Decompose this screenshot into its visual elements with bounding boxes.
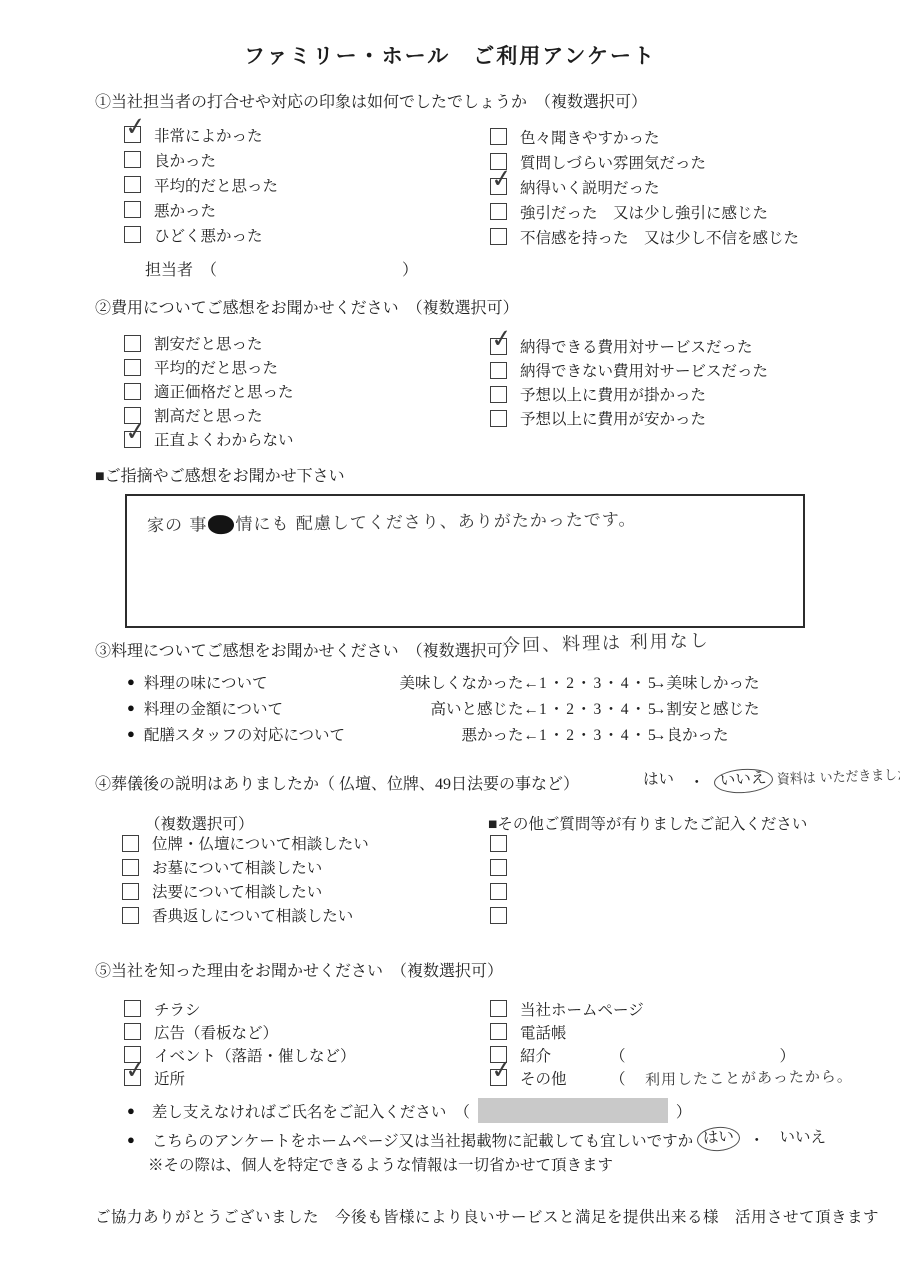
checkbox-label: 紹介: [520, 1044, 597, 1066]
option-row[interactable]: 不信感を持った 又は少し不信を感じた: [490, 224, 799, 249]
question-3-heading: ③料理についてご感想をお聞かせください （複数選択可）: [95, 638, 519, 661]
option-row[interactable]: 質問しづらい雰囲気だった: [490, 149, 799, 174]
bullet-icon: [127, 726, 135, 742]
bullet-icon: [127, 674, 135, 690]
checkbox[interactable]: [124, 431, 141, 448]
checkbox-label: 予想以上に費用が掛かった: [520, 383, 706, 405]
question-5-left-options: チラシ 広告（看板など） イベント（落語・催しなど） 近所: [124, 997, 356, 1089]
question-2-left-options: 割安だと思った 平均的だと思った 適正価格だと思った 割高だと思った 正直よくわ…: [124, 331, 294, 451]
rating-low-label: 悪かった←: [399, 723, 539, 745]
checkbox[interactable]: [124, 359, 141, 376]
checkbox[interactable]: [490, 203, 507, 220]
question-3-rating-rows: 料理の味について 美味しくなかった← 1・2・3・4・5 →美味しかった 料理の…: [127, 669, 807, 747]
option-row[interactable]: その他 （利用したことがあったから。: [490, 1066, 852, 1089]
yes-option[interactable]: はい: [696, 1126, 741, 1153]
checkbox-label: お墓について相談したい: [152, 856, 322, 878]
checkbox-label: 適正価格だと思った: [154, 380, 294, 402]
question-1-right-options: 色々聞きやすかった 質問しづらい雰囲気だった 納得いく説明だった 強引だった 又…: [490, 124, 799, 249]
checkbox[interactable]: [490, 362, 507, 379]
rating-topic-label: 料理の金額について: [144, 697, 283, 719]
option-row[interactable]: 色々聞きやすかった: [490, 124, 799, 149]
question-5-right-options: 当社ホームページ 電話帳 紹介 （） その他 （利用したことがあったから。: [490, 997, 852, 1089]
rating-row: 料理の金額について 高いと感じた← 1・2・3・4・5 →割安と感じた: [127, 695, 807, 721]
option-row[interactable]: 非常によかった: [124, 122, 278, 147]
checkbox[interactable]: [490, 835, 507, 852]
option-row[interactable]: 予想以上に費用が掛かった: [490, 382, 768, 406]
checkbox[interactable]: [490, 386, 507, 403]
checkbox-label: チラシ: [154, 998, 201, 1020]
name-input-redacted[interactable]: [478, 1098, 668, 1123]
option-row[interactable]: チラシ: [124, 997, 356, 1020]
rating-high-label: →美味しかった: [651, 671, 760, 693]
survey-form: ファミリー・ホール ご利用アンケート ①当社担当者の打合せや対応の印象は如何でし…: [0, 0, 900, 1274]
checkbox[interactable]: [124, 226, 141, 243]
rating-scale[interactable]: 1・2・3・4・5: [539, 723, 651, 745]
checkbox-label: ひどく悪かった: [154, 224, 263, 246]
referral-paren-close: ）: [780, 1044, 796, 1066]
checkbox[interactable]: [490, 128, 507, 145]
option-row[interactable]: [490, 831, 507, 855]
publish-consent-line: こちらのアンケートをホームページ又は当社掲載物に記載しても宜しいですか: [127, 1129, 693, 1151]
referral-paren-open: （: [610, 1044, 626, 1066]
option-row[interactable]: お墓について相談したい: [122, 855, 369, 879]
rating-topic-label: 料理の味について: [144, 671, 268, 693]
yesno-separator: ・: [749, 1128, 765, 1150]
checkbox-label: 平均的だと思った: [154, 174, 278, 196]
checkbox-label: 色々聞きやすかった: [520, 126, 660, 148]
checkbox[interactable]: [122, 835, 139, 852]
option-row[interactable]: 割安だと思った: [124, 331, 294, 355]
handwritten-comment-part1: 家の 事: [147, 515, 208, 536]
checkbox-label: 割高だと思った: [154, 404, 263, 426]
option-row[interactable]: 広告（看板など）: [124, 1020, 356, 1043]
question-2-heading: ②費用についてご感想をお聞かせください （複数選択可）: [95, 295, 519, 318]
checkbox-label: 位牌・仏壇について相談したい: [152, 832, 369, 854]
checkbox[interactable]: [490, 1000, 507, 1017]
checkbox-label: 良かった: [154, 149, 216, 171]
option-row[interactable]: 納得いく説明だった: [490, 174, 799, 199]
option-row[interactable]: 香典返しについて相談したい: [122, 903, 369, 927]
checkbox-label: 近所: [154, 1067, 185, 1089]
staff-name-paren-close: ）: [402, 262, 418, 279]
checkbox-label: 悪かった: [154, 199, 216, 221]
checkbox-label: 法要について相談したい: [152, 880, 322, 902]
checkbox-label: 非常によかった: [154, 124, 263, 146]
option-row[interactable]: [490, 903, 507, 927]
question-4-heading: ④葬儀後の説明はありましたか（ 仏壇、位牌、49日法要の事など）: [95, 771, 579, 794]
checkbox[interactable]: [124, 1023, 141, 1040]
option-row[interactable]: 平均的だと思った: [124, 172, 278, 197]
comment-section-heading: ■ご指摘やご感想をお聞かせ下さい: [95, 463, 345, 486]
checkbox-label: 納得できない費用対サービスだった: [520, 359, 768, 381]
checkbox-label: 平均的だと思った: [154, 356, 278, 378]
checkbox-label: 広告（看板など）: [154, 1021, 278, 1043]
option-row[interactable]: 法要について相談したい: [122, 879, 369, 903]
name-entry-line: 差し支えなければご氏名をご記入ください （）: [127, 1098, 691, 1123]
bullet-icon: [127, 1132, 135, 1148]
checkbox-label: 質問しづらい雰囲気だった: [520, 151, 706, 173]
other-paren-open: （: [610, 1067, 626, 1089]
option-row[interactable]: 紹介 （）: [490, 1043, 852, 1066]
yesno-separator: ・: [689, 770, 705, 792]
rating-high-label: →割安と感じた: [651, 697, 760, 719]
publish-consent-yesno: はい ・ いいえ: [697, 1127, 832, 1151]
rating-topic-label: 配膳スタッフの対応について: [144, 723, 345, 745]
rating-row: 料理の味について 美味しくなかった← 1・2・3・4・5 →美味しかった: [127, 669, 807, 695]
option-row[interactable]: 割高だと思った: [124, 403, 294, 427]
question-4-subheading-right: ■その他ご質問等が有りましたご記入ください: [488, 812, 807, 834]
option-row[interactable]: 強引だった 又は少し強引に感じた: [490, 199, 799, 224]
question-1-left-options: 非常によかった 良かった 平均的だと思った 悪かった ひどく悪かった: [124, 122, 278, 247]
checkbox[interactable]: [490, 1023, 507, 1040]
checkbox-label: 納得できる費用対サービスだった: [520, 335, 753, 357]
option-row[interactable]: [490, 879, 507, 903]
option-row[interactable]: 予想以上に費用が安かった: [490, 406, 768, 430]
question-4-other-checkboxes: [490, 831, 507, 927]
checkbox[interactable]: [490, 178, 507, 195]
thank-you-footer: ご協力ありがとうございました 今後も皆様により良いサービスと満足を提供出来る様 …: [95, 1205, 879, 1227]
checkbox[interactable]: [124, 383, 141, 400]
question-4-yesno: はい ・ いいえ: [637, 769, 772, 793]
checkbox[interactable]: [122, 883, 139, 900]
rating-high-label: →良かった: [651, 723, 729, 745]
checkbox[interactable]: [490, 907, 507, 924]
checkbox[interactable]: [124, 176, 141, 193]
option-row[interactable]: 電話帳: [490, 1020, 852, 1043]
privacy-disclaimer: ※その際は、個人を特定できるような情報は一切省かせて頂きます: [148, 1153, 613, 1175]
publish-consent-label: こちらのアンケートをホームページ又は当社掲載物に記載しても宜しいですか: [152, 1129, 693, 1151]
staff-name-label: 担当者 （: [145, 262, 217, 279]
checkbox[interactable]: [124, 335, 141, 352]
checkbox-label: 電話帳: [520, 1021, 567, 1043]
rating-topic: 配膳スタッフの対応について: [127, 723, 399, 745]
checkbox-label: 予想以上に費用が安かった: [520, 407, 706, 429]
checkbox-label: イベント（落語・催しなど）: [154, 1044, 356, 1066]
checkbox-label: その他: [520, 1067, 597, 1089]
handwritten-comment-part2: 情にも 配慮してくださり、ありがたかったです。: [235, 510, 636, 535]
checkbox[interactable]: [490, 410, 507, 427]
checkbox-label: 納得いく説明だった: [520, 176, 660, 198]
option-row[interactable]: 正直よくわからない: [124, 427, 294, 451]
checkbox[interactable]: [124, 1000, 141, 1017]
checkbox[interactable]: [124, 151, 141, 168]
no-option[interactable]: いいえ: [774, 1127, 833, 1151]
option-row[interactable]: 納得できる費用対サービスだった: [490, 334, 768, 358]
checkbox[interactable]: [490, 883, 507, 900]
option-row[interactable]: 位牌・仏壇について相談したい: [122, 831, 369, 855]
checkbox[interactable]: [124, 126, 141, 143]
checkbox-label: 割安だと思った: [154, 332, 263, 354]
redaction-blob: [208, 515, 234, 534]
comment-box[interactable]: 家の 事情にも 配慮してくださり、ありがたかったです。: [125, 494, 805, 628]
checkbox-label: 正直よくわからない: [154, 428, 294, 450]
option-row[interactable]: 良かった: [124, 147, 278, 172]
option-row[interactable]: 平均的だと思った: [124, 355, 294, 379]
yes-option[interactable]: はい: [637, 769, 680, 793]
option-row[interactable]: [490, 855, 507, 879]
checkbox[interactable]: [490, 859, 507, 876]
checkbox-label: 不信感を持った 又は少し不信を感じた: [520, 226, 799, 248]
page-title: ファミリー・ホール ご利用アンケート: [0, 40, 900, 70]
checkbox[interactable]: [490, 228, 507, 245]
no-option[interactable]: いいえ: [713, 767, 773, 795]
rating-low-label: 美味しくなかった←: [399, 671, 539, 693]
staff-name-line: 担当者 （）: [145, 257, 418, 280]
rating-scale[interactable]: 1・2・3・4・5: [539, 697, 651, 719]
other-handwritten-note: 利用したことがあったから。: [644, 1065, 852, 1090]
option-row[interactable]: 適正価格だと思った: [124, 379, 294, 403]
question-3-handwritten-note: 今回、料理は 利用なし: [502, 626, 710, 657]
bullet-icon: [127, 700, 135, 716]
question-4-handwritten-note: 資料は いただきました。: [777, 763, 900, 789]
rating-topic: 料理の味について: [127, 671, 399, 693]
rating-topic: 料理の金額について: [127, 697, 399, 719]
question-2-right-options: 納得できる費用対サービスだった 納得できない費用対サービスだった 予想以上に費用…: [490, 334, 768, 430]
checkbox[interactable]: [490, 338, 507, 355]
name-paren-close: ）: [676, 1100, 692, 1122]
rating-scale[interactable]: 1・2・3・4・5: [539, 671, 651, 693]
checkbox-label: 当社ホームページ: [520, 998, 644, 1020]
checkbox-label: 香典返しについて相談したい: [152, 904, 353, 926]
name-entry-label: 差し支えなければご氏名をご記入ください: [152, 1100, 447, 1122]
question-5-heading: ⑤当社を知った理由をお聞かせください （複数選択可）: [95, 958, 503, 981]
handwritten-comment: 家の 事情にも 配慮してくださり、ありがたかったです。: [147, 505, 637, 536]
bullet-icon: [127, 1103, 135, 1119]
question-4-left-options: 位牌・仏壇について相談したい お墓について相談したい 法要について相談したい 香…: [122, 831, 369, 927]
option-row[interactable]: 近所: [124, 1066, 356, 1089]
checkbox[interactable]: [124, 201, 141, 218]
checkbox[interactable]: [490, 1069, 507, 1086]
option-row[interactable]: 当社ホームページ: [490, 997, 852, 1020]
rating-row: 配膳スタッフの対応について 悪かった← 1・2・3・4・5 →良かった: [127, 721, 807, 747]
checkbox[interactable]: [122, 859, 139, 876]
option-row[interactable]: ひどく悪かった: [124, 222, 278, 247]
option-row[interactable]: 悪かった: [124, 197, 278, 222]
checkbox[interactable]: [122, 907, 139, 924]
question-1-heading: ①当社担当者の打合せや対応の印象は如何でしたでしょうか （複数選択可）: [95, 89, 647, 112]
option-row[interactable]: イベント（落語・催しなど）: [124, 1043, 356, 1066]
name-paren-open: （: [454, 1100, 470, 1122]
checkbox-label: 強引だった 又は少し強引に感じた: [520, 201, 768, 223]
option-row[interactable]: 納得できない費用対サービスだった: [490, 358, 768, 382]
rating-low-label: 高いと感じた←: [399, 697, 539, 719]
checkbox[interactable]: [124, 1069, 141, 1086]
